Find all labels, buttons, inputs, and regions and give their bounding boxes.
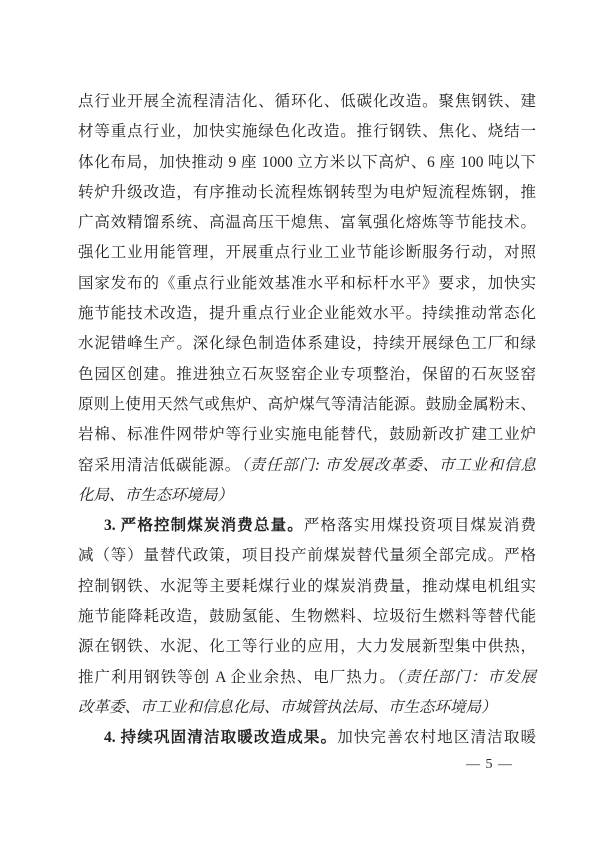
text-segment: 施节能降耗改造，鼓励氢能、生物燃料、垃圾衍生燃料等替代能: [78, 608, 536, 625]
text-segment: 强化工业用能管理，开展重点行业工业节能诊断服务行动，对照: [78, 244, 536, 261]
text-segment: 转炉升级改造，有序推动长流程炼钢转型为电炉短流程炼钢，推: [78, 184, 536, 201]
text-segment: 岩棉、标准件网带炉等行业实施电能替代，鼓励新改扩建工业炉: [78, 426, 536, 443]
text-line: 水泥错峰生产。深化绿色制造体系建设，持续开展绿色工厂和绿: [78, 329, 536, 359]
page-number: — 5 —: [466, 756, 513, 774]
text-segment: （责任部门: 市发展改革委、市工业和信息: [241, 457, 536, 474]
text-line: 化局、市生态环境局）: [78, 481, 536, 511]
text-segment: 原则上使用天然气或焦炉、高炉煤气等清洁能源。鼓励金属粉末、: [78, 396, 536, 413]
text-segment: 推广利用钢铁等创 A 企业余热、电厂热力。: [78, 669, 396, 686]
text-segment: 严格落实用煤投资项目煤炭消费: [304, 517, 536, 534]
document-body: 点行业开展全流程清洁化、循环化、低碳化改造。聚焦钢铁、建材等重点行业，加快实施绿…: [78, 87, 536, 754]
text-line: 施节能技术改造，提升重点行业企业能效水平。持续推动常态化: [78, 299, 536, 329]
text-line: 点行业开展全流程清洁化、循环化、低碳化改造。聚焦钢铁、建: [78, 87, 536, 117]
text-line: 原则上使用天然气或焦炉、高炉煤气等清洁能源。鼓励金属粉末、: [78, 390, 536, 420]
text-segment: （责任部门：市发展: [396, 669, 536, 686]
text-line: 广高效精馏系统、高温高压干熄焦、富氧强化熔炼等节能技术。: [78, 208, 536, 238]
text-line: 岩棉、标准件网带炉等行业实施电能替代，鼓励新改扩建工业炉: [78, 420, 536, 450]
text-line: 强化工业用能管理，开展重点行业工业节能诊断服务行动，对照: [78, 238, 536, 268]
text-segment: 广高效精馏系统、高温高压干熄焦、富氧强化熔炼等节能技术。: [78, 214, 536, 231]
text-line: 材等重点行业，加快实施绿色化改造。推行钢铁、焦化、烧结一: [78, 117, 536, 147]
text-line: 4. 持续巩固清洁取暖改造成果。加快完善农村地区清洁取暖: [78, 723, 536, 753]
text-line: 施节能降耗改造，鼓励氢能、生物燃料、垃圾衍生燃料等替代能: [78, 602, 536, 632]
text-line: 减（等）量替代政策，项目投产前煤炭替代量须全部完成。严格: [78, 541, 536, 571]
text-segment: 材等重点行业，加快实施绿色化改造。推行钢铁、焦化、烧结一: [78, 123, 536, 140]
text-segment: 水泥错峰生产。深化绿色制造体系建设，持续开展绿色工厂和绿: [78, 335, 536, 352]
text-segment: 体化布局，加快推动 9 座 1000 立方米以下高炉、6 座 100 吨以下: [78, 154, 536, 171]
text-segment: 3. 严格控制煤炭消费总量。: [104, 517, 304, 534]
text-segment: 减（等）量替代政策，项目投产前煤炭替代量须全部完成。严格: [78, 547, 536, 564]
document-page: 点行业开展全流程清洁化、循环化、低碳化改造。聚焦钢铁、建材等重点行业，加快实施绿…: [0, 0, 600, 848]
text-segment: 源在钢铁、水泥、化工等行业的应用，大力发展新型集中供热，: [78, 638, 536, 655]
text-line: 3. 严格控制煤炭消费总量。严格落实用煤投资项目煤炭消费: [78, 511, 536, 541]
text-segment: 施节能技术改造，提升重点行业企业能效水平。持续推动常态化: [78, 305, 536, 322]
text-segment: 加快完善农村地区清洁取暖: [337, 729, 536, 746]
text-segment: 色园区创建。推进独立石灰竖窑企业专项整治，保留的石灰竖窑: [78, 366, 536, 383]
text-segment: 点行业开展全流程清洁化、循环化、低碳化改造。聚焦钢铁、建: [78, 93, 536, 110]
text-line: 转炉升级改造，有序推动长流程炼钢转型为电炉短流程炼钢，推: [78, 178, 536, 208]
text-segment: 4. 持续巩固清洁取暖改造成果。: [104, 729, 337, 746]
text-line: 体化布局，加快推动 9 座 1000 立方米以下高炉、6 座 100 吨以下: [78, 148, 536, 178]
text-line: 控制钢铁、水泥等主要耗煤行业的煤炭消费量，推动煤电机组实: [78, 572, 536, 602]
text-line: 改革委、市工业和信息化局、市城管执法局、市生态环境局）: [78, 693, 536, 723]
text-line: 国家发布的《重点行业能效基准水平和标杆水平》要求，加快实: [78, 269, 536, 299]
text-segment: 国家发布的《重点行业能效基准水平和标杆水平》要求，加快实: [78, 275, 536, 292]
text-segment: 控制钢铁、水泥等主要耗煤行业的煤炭消费量，推动煤电机组实: [78, 578, 536, 595]
text-line: 推广利用钢铁等创 A 企业余热、电厂热力。（责任部门：市发展: [78, 663, 536, 693]
text-segment: 改革委、市工业和信息化局、市城管执法局、市生态环境局）: [78, 699, 497, 716]
text-line: 窑采用清洁低碳能源。（责任部门: 市发展改革委、市工业和信息: [78, 451, 536, 481]
text-segment: 化局、市生态环境局）: [78, 487, 233, 504]
text-line: 色园区创建。推进独立石灰竖窑企业专项整治，保留的石灰竖窑: [78, 360, 536, 390]
text-line: 源在钢铁、水泥、化工等行业的应用，大力发展新型集中供热，: [78, 632, 536, 662]
text-segment: 窑采用清洁低碳能源。: [78, 457, 241, 474]
